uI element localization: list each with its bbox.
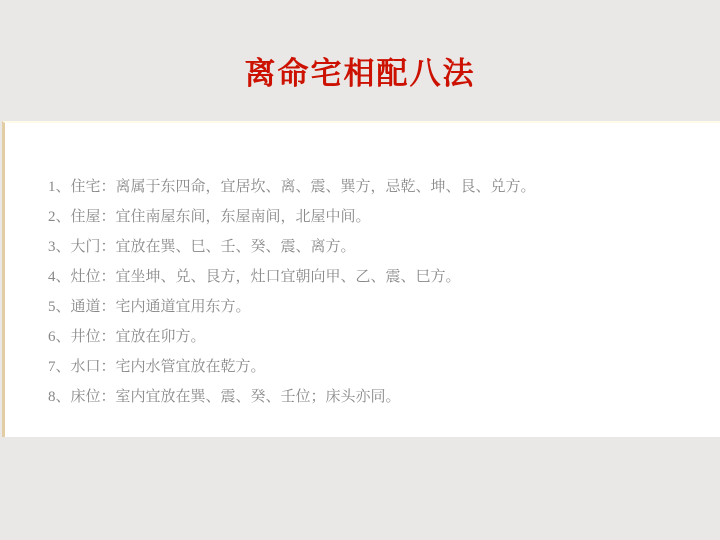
list-item-number: 8、 (48, 389, 71, 405)
list-item: 2、住屋：宜住南屋东间，东屋南间，北屋中间。 (48, 202, 700, 232)
list-item-text: 井位：宜放在卯方。 (71, 328, 206, 345)
list-item-text: 住宅：离属于东四命，宜居坎、离、震、巽方，忌乾、坤、艮、兑方。 (71, 178, 536, 195)
content-panel: 1、住宅：离属于东四命，宜居坎、离、震、巽方，忌乾、坤、艮、兑方。 2、住屋：宜… (2, 121, 720, 437)
presentation-slide: 离命宅相配八法 1、住宅：离属于东四命，宜居坎、离、震、巽方，忌乾、坤、艮、兑方… (0, 0, 720, 540)
list-item: 5、通道：宅内通道宜用东方。 (48, 292, 700, 322)
list-item-number: 6、 (48, 329, 71, 345)
list-item-number: 1、 (48, 179, 71, 195)
list-item: 4、灶位：宜坐坤、兑、艮方，灶口宜朝向甲、乙、震、巳方。 (48, 262, 700, 292)
list-item-number: 4、 (48, 269, 71, 285)
list-item: 8、床位：室内宜放在巽、震、癸、壬位；床头亦同。 (48, 382, 700, 412)
list-item: 7、水口：宅内水管宜放在乾方。 (48, 352, 700, 382)
list-item-text: 水口：宅内水管宜放在乾方。 (71, 358, 266, 375)
list-item-text: 大门：宜放在巽、巳、壬、癸、震、离方。 (71, 238, 356, 255)
list-item: 1、住宅：离属于东四命，宜居坎、离、震、巽方，忌乾、坤、艮、兑方。 (48, 172, 700, 202)
list-item-text: 通道：宅内通道宜用东方。 (71, 298, 251, 315)
list-item: 3、大门：宜放在巽、巳、壬、癸、震、离方。 (48, 232, 700, 262)
list-item-number: 5、 (48, 299, 71, 315)
list-item-text: 住屋：宜住南屋东间，东屋南间，北屋中间。 (71, 208, 371, 225)
list-item: 6、井位：宜放在卯方。 (48, 322, 700, 352)
list-item-text: 床位：室内宜放在巽、震、癸、壬位；床头亦同。 (71, 388, 401, 405)
list-item-text: 灶位：宜坐坤、兑、艮方，灶口宜朝向甲、乙、震、巳方。 (71, 268, 461, 285)
list-item-number: 7、 (48, 359, 71, 375)
page-title: 离命宅相配八法 (0, 48, 720, 93)
list-item-number: 3、 (48, 239, 71, 255)
list-item-number: 2、 (48, 209, 71, 225)
